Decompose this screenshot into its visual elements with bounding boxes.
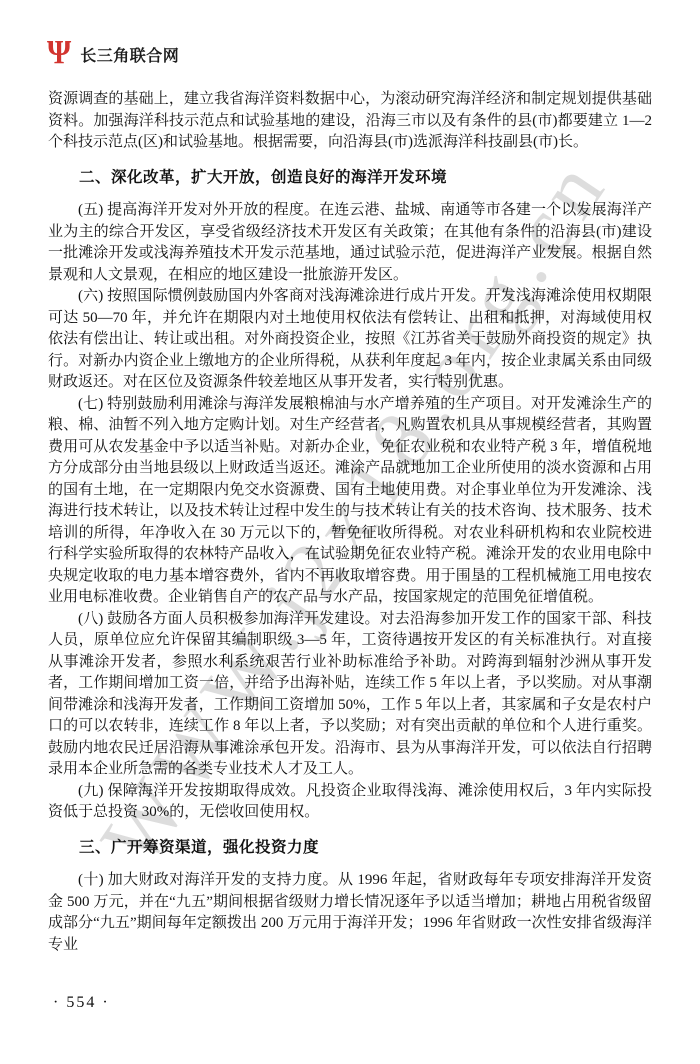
paragraph-item-10: (十) 加大财政对海洋开发的支持力度。从 1996 年起，省财政每年专项安排海洋…: [48, 870, 652, 956]
paragraph-continuation: 资源调查的基础上，建立我省海洋资料数据中心，为滚动研究海洋经济和制定规划提供基础…: [48, 89, 652, 154]
page-number: · 554 ·: [53, 994, 110, 1011]
site-name: 长三角联合网: [80, 37, 179, 66]
site-logo-icon: Ψ: [47, 35, 71, 68]
paragraph-item-8: (八) 鼓励各方面人员积极参加海洋开发建设。对去沿海参加开发工作的国家干部、科技…: [48, 609, 652, 781]
section-heading-2: 二、深化改革，扩大开放，创造良好的海洋开发环境: [48, 167, 652, 189]
paragraph-item-6: (六) 按照国际惯例鼓励国内外客商对浅海滩涂进行成片开发。开发浅海滩涂使用权期限…: [48, 286, 652, 394]
paragraph-item-7: (七) 特别鼓励利用滩涂与海洋发展粮棉油与水产增养殖的生产项目。对开发滩涂生产的…: [48, 394, 652, 609]
page-footer: · 554 ·: [53, 994, 110, 1012]
section-heading-3: 三、广开筹资渠道，强化投资力度: [48, 837, 652, 859]
document-page: 资源调查的基础上，建立我省海洋资料数据中心，为滚动研究海洋经济和制定规划提供基础…: [48, 89, 652, 956]
paragraph-item-9: (九) 保障海洋开发按期取得成效。凡投资企业取得浅海、滩涂使用权后，3 年内实际…: [48, 781, 652, 824]
paragraph-item-5: (五) 提高海洋开发对外开放的程度。在连云港、盐城、南通等市各建一个以发展海洋产…: [48, 200, 652, 286]
site-header: Ψ 长三角联合网: [47, 36, 179, 67]
